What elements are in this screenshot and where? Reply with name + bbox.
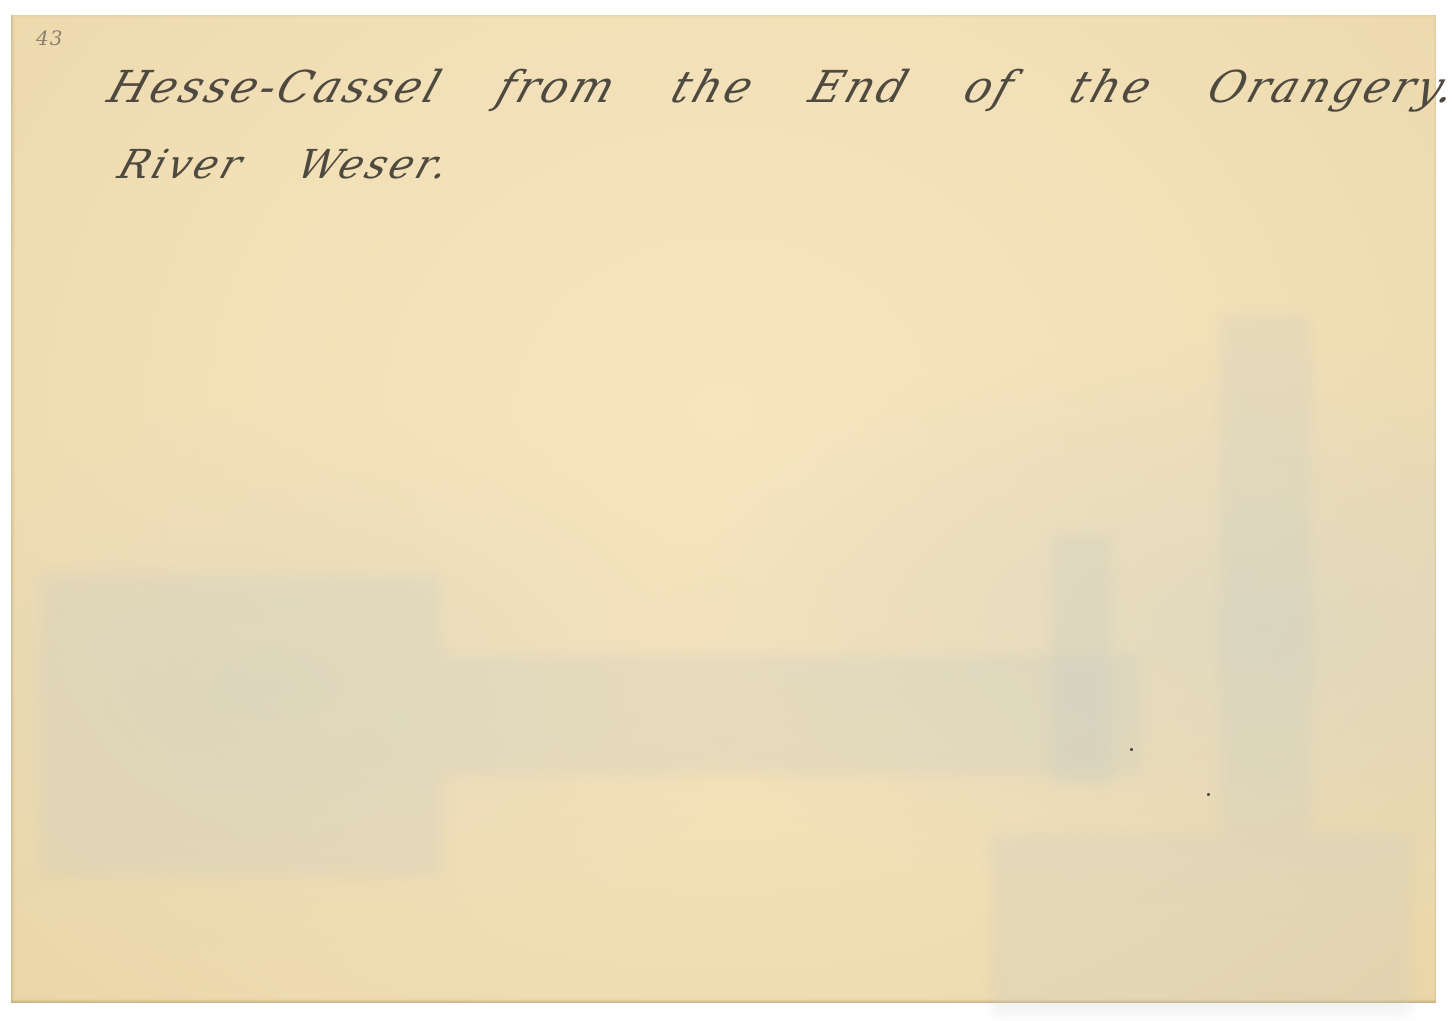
show-through-tower <box>1221 315 1311 835</box>
caption-line-1: Hesse-Cassel from the End of the Oranger… <box>102 62 1452 113</box>
ink-speck <box>1130 748 1133 751</box>
ink-speck <box>1207 793 1210 796</box>
caption-line-2: River Weser. <box>113 142 458 188</box>
page-number: 43 <box>36 26 63 50</box>
show-through-river <box>441 655 1141 775</box>
show-through-town <box>991 835 1411 1015</box>
show-through-building-left <box>41 575 441 875</box>
